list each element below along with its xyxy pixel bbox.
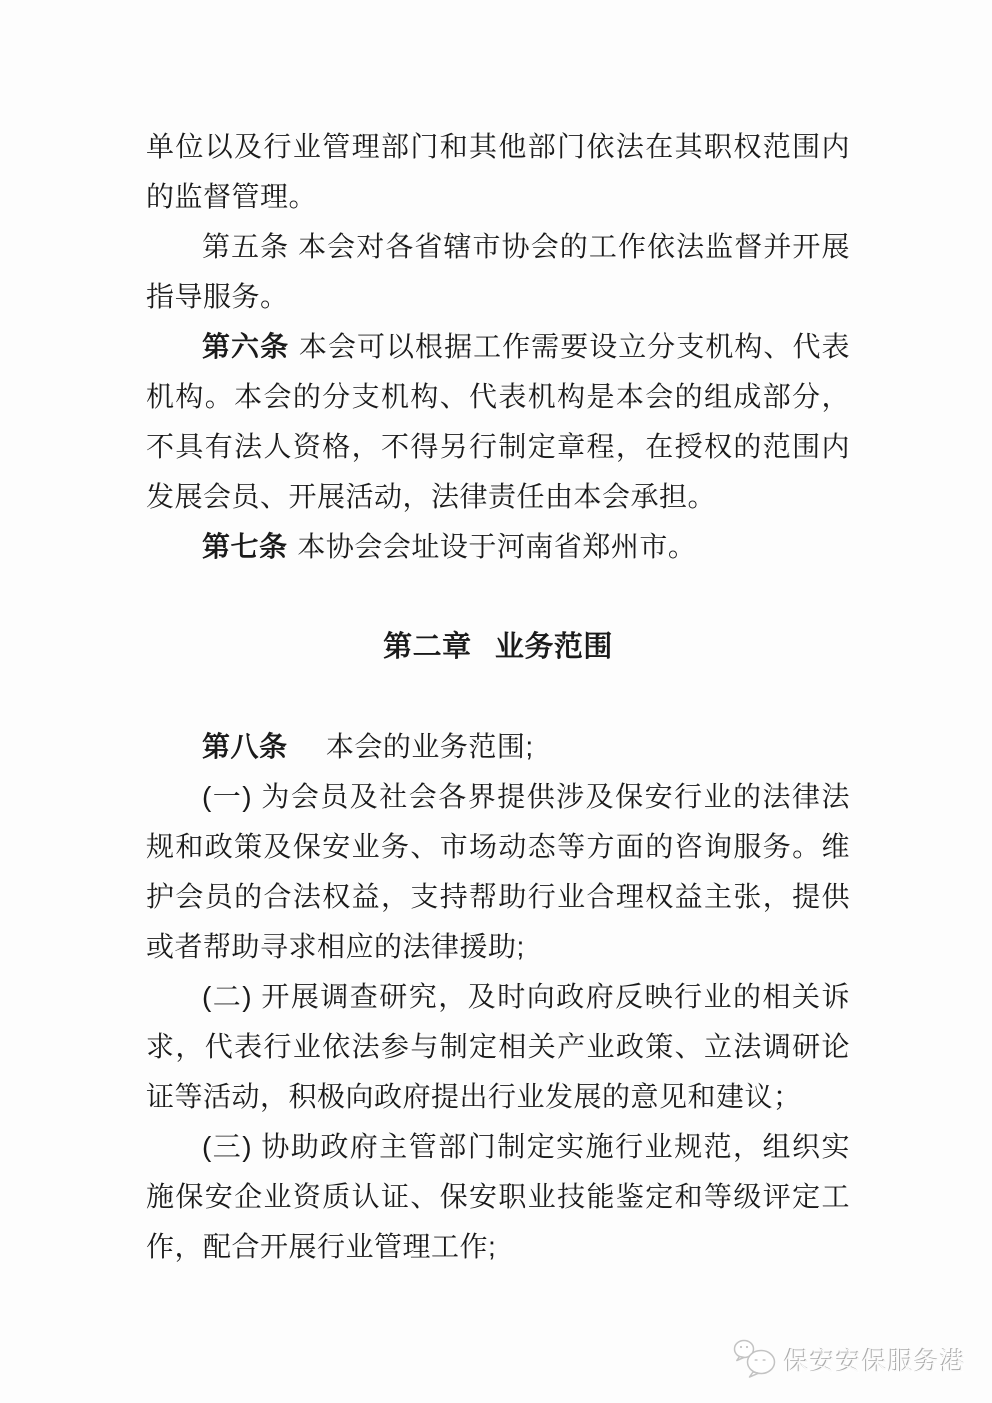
article-number: 第八条 bbox=[202, 731, 288, 762]
article-number: 第七条 bbox=[202, 531, 288, 562]
article-number: 第六条 bbox=[202, 331, 289, 362]
paragraph-continuation: 单位以及行业管理部门和其他部门依法在其职权范围内的监督管理。 bbox=[146, 122, 850, 222]
watermark-label: 保安安保服务港 bbox=[784, 1342, 966, 1378]
wechat-icon bbox=[732, 1336, 780, 1384]
paragraph-text: (三) 协助政府主管部门制定实施行业规范，组织实施保安企业资质认证、保安职业技能… bbox=[146, 1131, 850, 1262]
paragraph-text: 第五条 本会对各省辖市协会的工作依法监督并开展指导服务。 bbox=[146, 231, 850, 312]
paragraph-text: (一) 为会员及社会各界提供涉及保安行业的法律法规和政策及保安业务、市场动态等方… bbox=[146, 781, 850, 962]
paragraph-article-8: 第八条 本会的业务范围; bbox=[146, 722, 850, 772]
paragraph-text: 本协会会址设于河南省郑州市。 bbox=[297, 531, 696, 562]
paragraph-article-6: 第六条本会可以根据工作需要设立分支机构、代表机构。本会的分支机构、代表机构是本会… bbox=[146, 322, 850, 522]
chapter-number: 第二章 bbox=[383, 631, 472, 663]
paragraph-article-5: 第五条 本会对各省辖市协会的工作依法监督并开展指导服务。 bbox=[146, 222, 850, 322]
paragraph-article-7: 第七条本协会会址设于河南省郑州市。 bbox=[146, 522, 850, 572]
document-page: 单位以及行业管理部门和其他部门依法在其职权范围内的监督管理。 第五条 本会对各省… bbox=[0, 0, 992, 1403]
paragraph-item-3: (三) 协助政府主管部门制定实施行业规范，组织实施保安企业资质认证、保安职业技能… bbox=[146, 1122, 850, 1272]
document-body: 单位以及行业管理部门和其他部门依法在其职权范围内的监督管理。 第五条 本会对各省… bbox=[146, 0, 850, 1272]
chapter-heading: 第二章业务范围 bbox=[146, 622, 850, 672]
paragraph-text: (二) 开展调查研究，及时向政府反映行业的相关诉求，代表行业依法参与制定相关产业… bbox=[146, 981, 850, 1112]
paragraph-text: 本会的业务范围; bbox=[297, 731, 533, 762]
paragraph-item-2: (二) 开展调查研究，及时向政府反映行业的相关诉求，代表行业依法参与制定相关产业… bbox=[146, 972, 850, 1122]
watermark: 保安安保服务港 bbox=[732, 1336, 966, 1384]
paragraph-item-1: (一) 为会员及社会各界提供涉及保安行业的法律法规和政策及保安业务、市场动态等方… bbox=[146, 772, 850, 972]
paragraph-text: 单位以及行业管理部门和其他部门依法在其职权范围内的监督管理。 bbox=[146, 131, 850, 212]
chapter-title: 业务范围 bbox=[495, 631, 613, 663]
